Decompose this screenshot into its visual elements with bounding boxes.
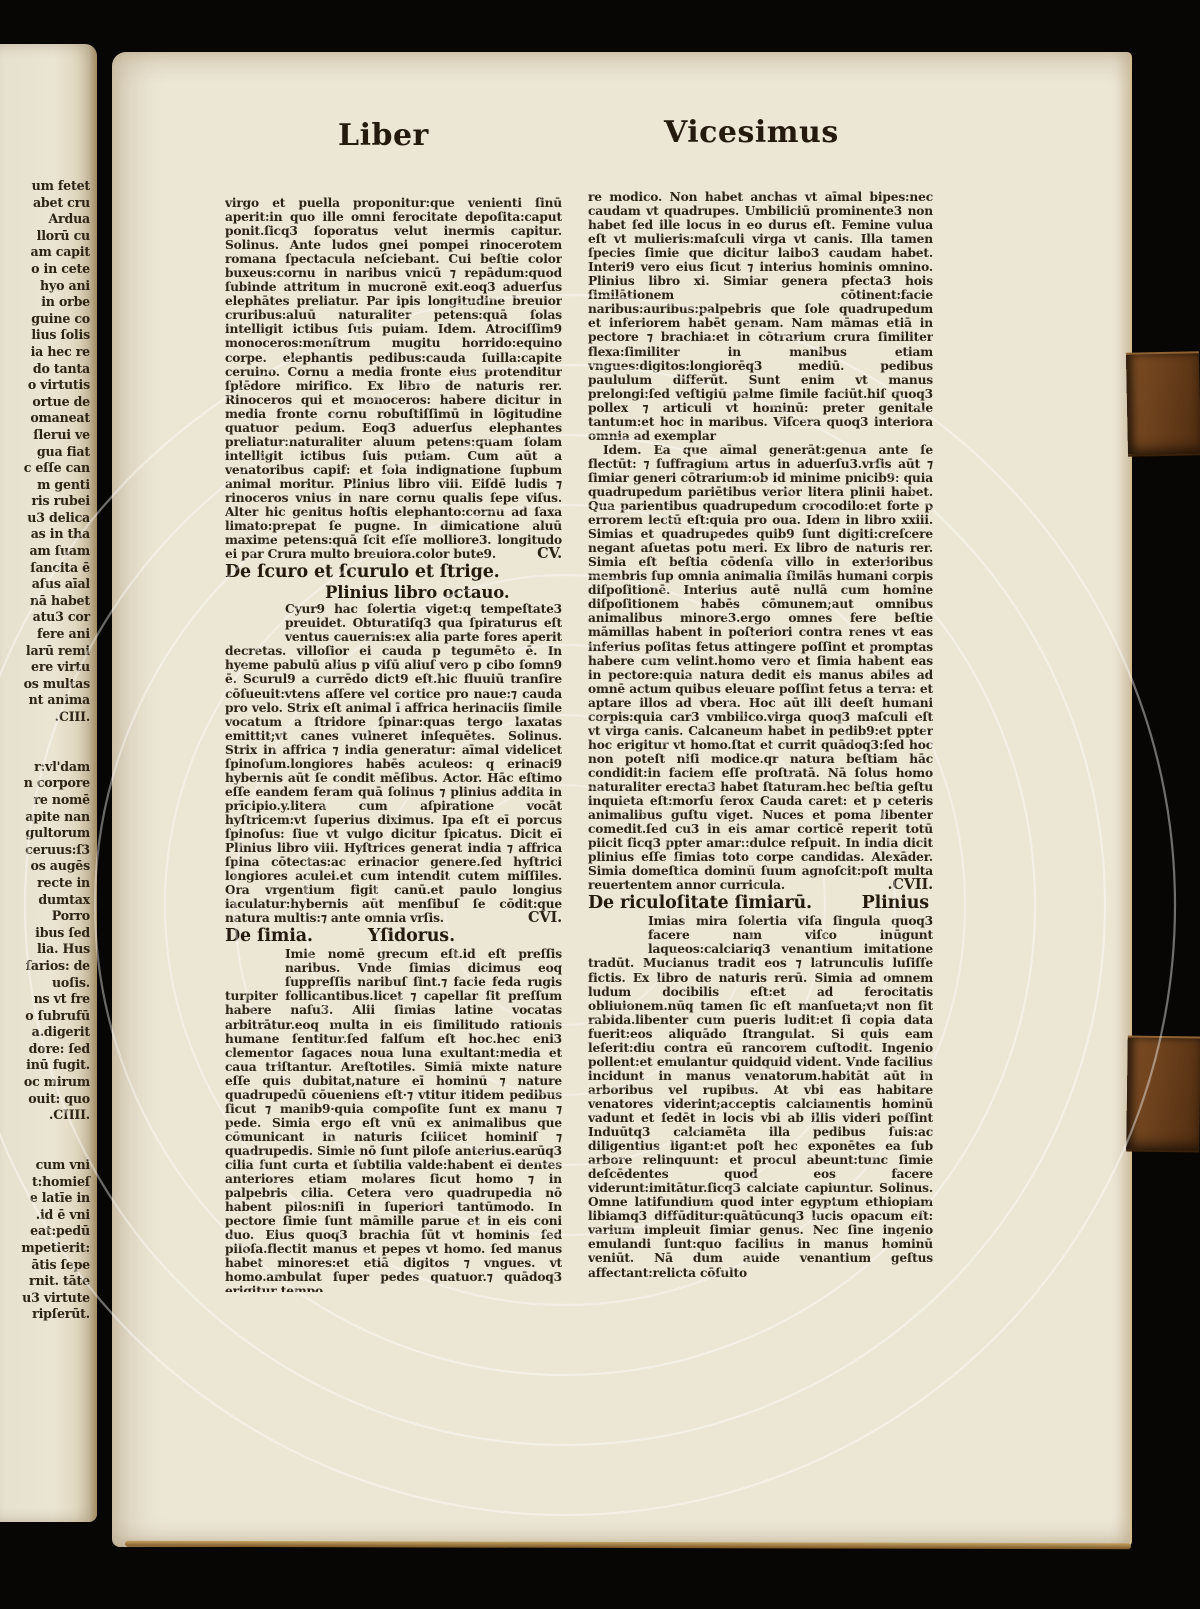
chapter-heading-row: PliniusDe riculoſitate ſimiarū. [588,893,933,913]
chapter-number: CV. [529,547,562,561]
initial-letter-space [225,947,285,989]
chapter-number: .CVII. [864,878,933,892]
paragraph: Imie nomē grecum eſt.id eſt preſſis nari… [225,947,562,1292]
running-head-liber: Liber [338,118,429,153]
paragraph: virgo et puella proponitur:que venienti … [225,196,562,561]
paragraph: Cyur9 hac ſolertia viget:q tempeſtate3 p… [225,602,562,925]
paragraph-text: Cyur9 hac ſolertia viget:q tempeſtate3 p… [225,602,562,925]
chapter-heading-row: De ſimia.Yſidorus. [225,926,562,946]
text-column-left: virgo et puella proponitur:que venienti … [225,196,562,1292]
source-attribution: Plinius libro octauo. [225,583,562,602]
source-attribution: Yſidorus. [368,926,455,946]
paragraph: Imias mira ſolertia viſa ſingula quoq3 f… [588,914,933,1279]
chapter-heading: De ſimia. [225,926,313,946]
chapter-heading: De riculoſitate ſimiarū. [588,893,812,913]
previous-page-partial: um fetet abet cru Ardua llorū cu am capi… [0,44,97,1522]
paragraph: re modico. Non habet anchas vt aīmal bip… [588,190,933,443]
paragraph-text: Idem. Ea que aīmal generāt:genua ante ſe… [588,443,933,892]
text-column-right: re modico. Non habet anchas vt aīmal bip… [588,190,933,1294]
paragraph-text: re modico. Non habet anchas vt aīmal bip… [588,190,933,443]
chapter-number: CVI. [520,911,562,925]
paragraph-text: Imias mira ſolertia viſa ſingula quoq3 f… [588,914,933,1279]
page-block-bottom-edge [125,1541,1131,1550]
paragraph-text: virgo et puella proponitur:que venienti … [225,196,562,561]
previous-page-line-fragments: um fetet abet cru Ardua llorū cu am capi… [0,178,90,1323]
paragraph: Idem. Ea que aīmal generāt:genua ante ſe… [588,443,933,893]
source-attribution: Plinius [862,893,929,913]
leather-strap-top [1126,351,1200,457]
initial-letter-space [588,914,648,956]
book-page: Liber Vicesimus virgo et puella proponit… [112,52,1132,1547]
running-head-vicesimus: Vicesimus [664,115,839,150]
chapter-heading: De ſcuro et ſcurulo et ſtrige. [225,562,562,582]
leather-strap-bottom [1126,1035,1200,1152]
paragraph-text: Imie nomē grecum eſt.id eſt preſſis nari… [225,947,562,1292]
initial-letter-space [225,602,285,644]
incunabulum-book-photo: um fetet abet cru Ardua llorū cu am capi… [0,0,1200,1609]
